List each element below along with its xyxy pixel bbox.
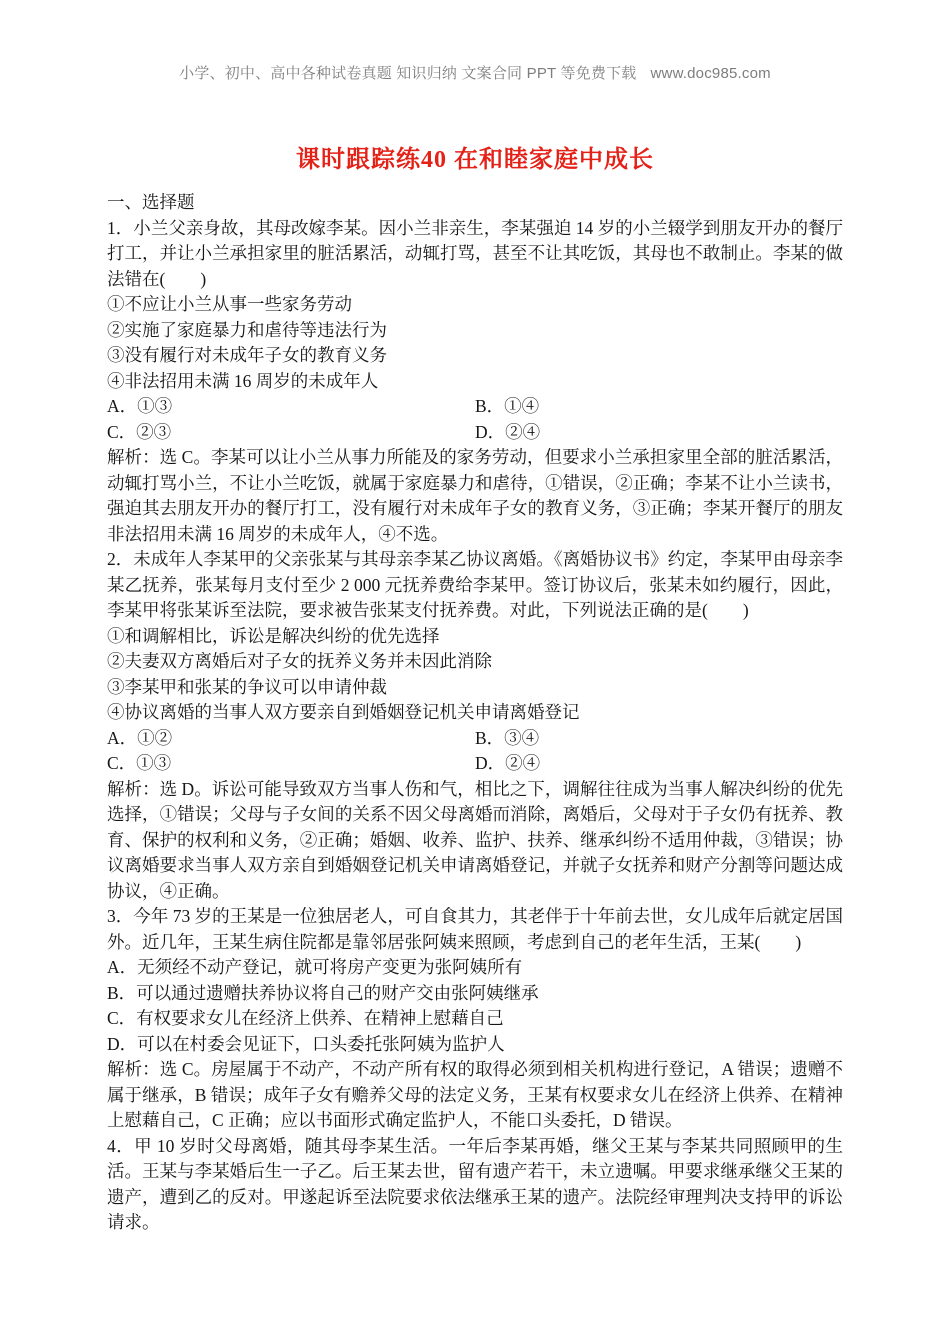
site-header: 小学、初中、高中各种试卷真题 知识归纳 文案合同 PPT 等免费下载www.do… xyxy=(0,0,950,83)
question-2-option-d: D．②④ xyxy=(475,751,843,777)
question-2-option-b: B．③④ xyxy=(475,726,843,752)
question-1-option-d: D．②④ xyxy=(475,420,843,446)
question-3: 3．今年 73 岁的王某是一位独居老人，可自食其力，其老伴于十年前去世，女儿成年… xyxy=(107,904,843,1134)
section-heading: 一、选择题 xyxy=(107,190,843,216)
question-1-item-2: ②实施了家庭暴力和虐待等违法行为 xyxy=(107,318,843,344)
question-4: 4．甲 10 岁时父母离婚，随其母李某生活。一年后李某再婚，继父王某与李某共同照… xyxy=(107,1134,843,1236)
question-1-item-1: ①不应让小兰从事一些家务劳动 xyxy=(107,292,843,318)
question-2-analysis: 解析：选 D。诉讼可能导致双方当事人伤和气，相比之下，调解往往成为当事人解决纠纷… xyxy=(107,777,843,905)
worksheet-content: 一、选择题 1．小兰父亲身故，其母改嫁李某。因小兰非亲生，李某强迫 14 岁的小… xyxy=(107,190,843,1236)
question-1-analysis: 解析：选 C。李某可以让小兰从事力所能及的家务劳动，但要求小兰承担家里全部的脏活… xyxy=(107,445,843,547)
question-1-option-b: B．①④ xyxy=(475,394,843,420)
question-2-option-c: C．①③ xyxy=(107,751,475,777)
question-1-option-c: C．②③ xyxy=(107,420,475,446)
question-2-options: A．①② B．③④ C．①③ D．②④ xyxy=(107,726,843,777)
question-3-option-c: C．有权要求女儿在经济上供养、在精神上慰藉自己 xyxy=(107,1006,843,1032)
question-2-item-1: ①和调解相比，诉讼是解决纠纷的优先选择 xyxy=(107,624,843,650)
doc-title: 课时跟踪练40 在和睦家庭中成长 xyxy=(0,139,950,174)
question-3-option-d: D．可以在村委会见证下，口头委托张阿姨为监护人 xyxy=(107,1032,843,1058)
worksheet-page: 小学、初中、高中各种试卷真题 知识归纳 文案合同 PPT 等免费下载www.do… xyxy=(0,0,950,1344)
question-1-options: A．①③ B．①④ C．②③ D．②④ xyxy=(107,394,843,445)
question-2-item-3: ③李某甲和张某的争议可以申请仲裁 xyxy=(107,675,843,701)
question-1-stem: 1．小兰父亲身故，其母改嫁李某。因小兰非亲生，李某强迫 14 岁的小兰辍学到朋友… xyxy=(107,216,843,293)
question-3-option-b: B．可以通过遗赠扶养协议将自己的财产交由张阿姨继承 xyxy=(107,981,843,1007)
question-2-item-2: ②夫妻双方离婚后对子女的抚养义务并未因此消除 xyxy=(107,649,843,675)
question-1-option-a: A．①③ xyxy=(107,394,475,420)
header-site-url[interactable]: www.doc985.com xyxy=(651,65,771,82)
question-3-option-a: A．无须经不动产登记，就可将房产变更为张阿姨所有 xyxy=(107,955,843,981)
question-2-option-a: A．①② xyxy=(107,726,475,752)
header-promo-text: 小学、初中、高中各种试卷真题 知识归纳 文案合同 PPT 等免费下载 xyxy=(179,65,636,82)
question-2-item-4: ④协议离婚的当事人双方要亲自到婚姻登记机关申请离婚登记 xyxy=(107,700,843,726)
question-1-item-4: ④非法招用未满 16 周岁的未成年人 xyxy=(107,369,843,395)
question-1: 1．小兰父亲身故，其母改嫁李某。因小兰非亲生，李某强迫 14 岁的小兰辍学到朋友… xyxy=(107,216,843,548)
question-4-stem: 4．甲 10 岁时父母离婚，随其母李某生活。一年后李某再婚，继父王某与李某共同照… xyxy=(107,1134,843,1236)
question-1-item-3: ③没有履行对未成年子女的教育义务 xyxy=(107,343,843,369)
question-3-analysis: 解析：选 C。房屋属于不动产，不动产所有权的取得必须到相关机构进行登记，A 错误… xyxy=(107,1057,843,1134)
question-2-stem: 2．未成年人李某甲的父亲张某与其母亲李某乙协议离婚。《离婚协议书》约定，李某甲由… xyxy=(107,547,843,624)
question-3-stem: 3．今年 73 岁的王某是一位独居老人，可自食其力，其老伴于十年前去世，女儿成年… xyxy=(107,904,843,955)
question-2: 2．未成年人李某甲的父亲张某与其母亲李某乙协议离婚。《离婚协议书》约定，李某甲由… xyxy=(107,547,843,904)
